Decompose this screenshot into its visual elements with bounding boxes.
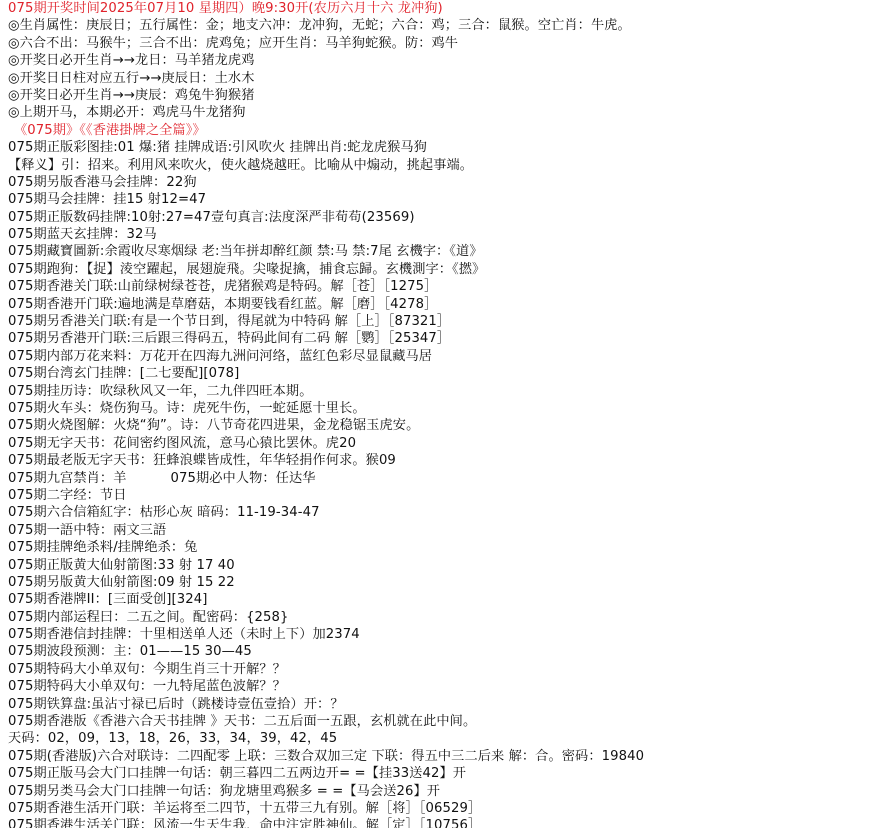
entry-line: 075期另版黄大仙射箭图:09 射 15 22 bbox=[8, 574, 884, 591]
entry-line: 075期正版黄大仙射箭图:33 射 17 40 bbox=[8, 557, 884, 574]
entry-line: 075期最老版无字天书：狂蜂浪蝶皆成性，年华轻捐作何求。猴09 bbox=[8, 452, 884, 469]
entry-line: 075期香港开门联:遍地满是草磨菇，本期要钱看红蓝。解［磨］［4278］ bbox=[8, 296, 884, 313]
entry-line: 075期香港生活关门联：风流一生天生我，命中注定胜神仙。解［定］［10756］ bbox=[8, 817, 884, 828]
split-entry-line: 075期九宫禁肖：羊075期必中人物：任达华 bbox=[8, 470, 884, 487]
entry-line: 075期香港信封挂牌：十里相送单人还（未时上下）加2374 bbox=[8, 626, 884, 643]
entry-line: 075期波段预测：主：01——15 30—45 bbox=[8, 643, 884, 660]
must-win-person: 075期必中人物：任达华 bbox=[170, 471, 315, 486]
entry-line: 075期特码大小单双句：一九特尾蓝色波解？？ bbox=[8, 678, 884, 695]
attribute-line: ◎开奖日必开生肖→→庚辰：鸡兔牛狗猴猪 bbox=[8, 87, 884, 104]
entry-line: 075期二字经：节日 bbox=[8, 487, 884, 504]
entry-line: 075期另香港开门联:三后跟三得码五，特码此间有二码 解［鹦］［25347］ bbox=[8, 330, 884, 347]
entry-line: 075期香港关门联:山前绿树绿苍苍，虎猪猴鸡是特码。解［苍］［1275］ bbox=[8, 278, 884, 295]
entry-line: 075期跑狗：【捉】淩空躍起，展翅旋飛。尖喙捉擒，捕食忘歸。玄機測字：《撚》 bbox=[8, 261, 884, 278]
attribute-line: ◎上期开马，本期必开：鸡虎马牛龙猪狗 bbox=[8, 104, 884, 121]
entry-line: 075期正版马会大门口挂牌一句话：朝三暮四二五两边开= =【挂33送42】开 bbox=[8, 765, 884, 782]
entry-line: 075期台湾玄门挂牌：[二七要配][078] bbox=[8, 365, 884, 382]
entry-line: 075期六合信箱紅字：枯形心灰 暗码：11-19-34-47 bbox=[8, 504, 884, 521]
entry-line: 075期挂历诗：吹绿秋风又一年，二九伴四旺本期。 bbox=[8, 383, 884, 400]
attribute-line: ◎开奖日必开生肖→→龙日：马羊猪龙虎鸡 bbox=[8, 52, 884, 69]
entry-line: 075期香港版《香港六合天书挂牌 》天书：二五后面一五跟，玄机就在此中间。 bbox=[8, 713, 884, 730]
entry-line: 075期挂牌绝杀料/挂牌绝杀：兔 bbox=[8, 539, 884, 556]
entry-line: 075期无字天书：花间密约图风流，意马心猿比罢休。虎20 bbox=[8, 435, 884, 452]
entry-line: 075期内部万花来料：万花开在四海九洲问河络，蓝红色彩尽显鼠藏马居 bbox=[8, 348, 884, 365]
entry-line: 075期另香港关门联:有是一个节日到，得尾就为中特码 解［上］［87321］ bbox=[8, 313, 884, 330]
attribute-line: ◎开奖日日柱对应五行→→庚辰日：土水木 bbox=[8, 70, 884, 87]
entry-line: 075期火烧图解：火烧“狗”。诗：八节奇花四进果，金龙稳锯玉虎安。 bbox=[8, 417, 884, 434]
entry-line: 075期内部运程曰：二五之间。配密码：{258} bbox=[8, 609, 884, 626]
section-title: 《075期》《《香港掛牌之全篇》》 bbox=[8, 122, 884, 139]
entry-line: 075期马会挂牌：挂15 射12=47 bbox=[8, 191, 884, 208]
entry-line: 天码：02，09，13，18，26，33，34，39，42，45 bbox=[8, 730, 884, 747]
entry-line: 075期正版彩图挂:01 爆:猪 挂牌成语:引风吹火 挂牌出肖:蛇龙虎猴马狗 bbox=[8, 139, 884, 156]
entry-line: 075期(香港版)六合对联诗：二四配零 上联：三数合双加三定 下联：得五中三二后… bbox=[8, 748, 884, 765]
entry-line: 075期火车头：烧伤狗马。诗：虎死牛伤，一蛇延愿十里长。 bbox=[8, 400, 884, 417]
entry-line: 075期香港牌II：[三面受创][324] bbox=[8, 591, 884, 608]
entry-line: 075期另版香港马会挂牌：22狗 bbox=[8, 174, 884, 191]
lottery-document: 075期开奖时间2025年07月10 星期四）晚9:30开(农历六月十六 龙冲狗… bbox=[8, 0, 884, 828]
entry-line: 075期蓝天玄挂牌：32马 bbox=[8, 226, 884, 243]
entry-line: 075期另类马会大门口挂牌一句话：狗龙塘里鸡猴多 = =【马会送26】开 bbox=[8, 783, 884, 800]
attribute-line: ◎生肖属性：庚辰日；五行属性：金；地支六冲：龙冲狗，无蛇；六合：鸡；三合：鼠猴。… bbox=[8, 17, 884, 34]
entry-line: 075期铁算盘:虽沾寸禄已后时（跳楼诗壹伍壹拾）开：？ bbox=[8, 696, 884, 713]
entry-line: 【释义】引：招来。利用风来吹火，使火越烧越旺。比喻从中煽动，挑起事端。 bbox=[8, 157, 884, 174]
entry-line: 075期一語中特：兩文三語 bbox=[8, 522, 884, 539]
entry-line: 075期藏寶圖新:余霞收尽寒烟绿 老:当年拼却醉红颜 禁:马 禁:7尾 玄機字：… bbox=[8, 243, 884, 260]
attribute-line: ◎六合不出：马猴牛；三合不出：虎鸡兔；应开生肖：马羊狗蛇猴。防：鸡牛 bbox=[8, 35, 884, 52]
entry-line: 075期特码大小单双句：今期生肖三十开解？？ bbox=[8, 661, 884, 678]
entry-line: 075期正版数码挂牌:10射:27=47壹句真言:法度深严非荀苟(23569) bbox=[8, 209, 884, 226]
nine-palace-banned-zodiac: 075期九宫禁肖：羊 bbox=[8, 471, 126, 486]
entry-line: 075期香港生活开门联：羊运将至二四节，十五带三九有别。解［将］［06529］ bbox=[8, 800, 884, 817]
draw-header-title: 075期开奖时间2025年07月10 星期四）晚9:30开(农历六月十六 龙冲狗… bbox=[8, 0, 884, 17]
